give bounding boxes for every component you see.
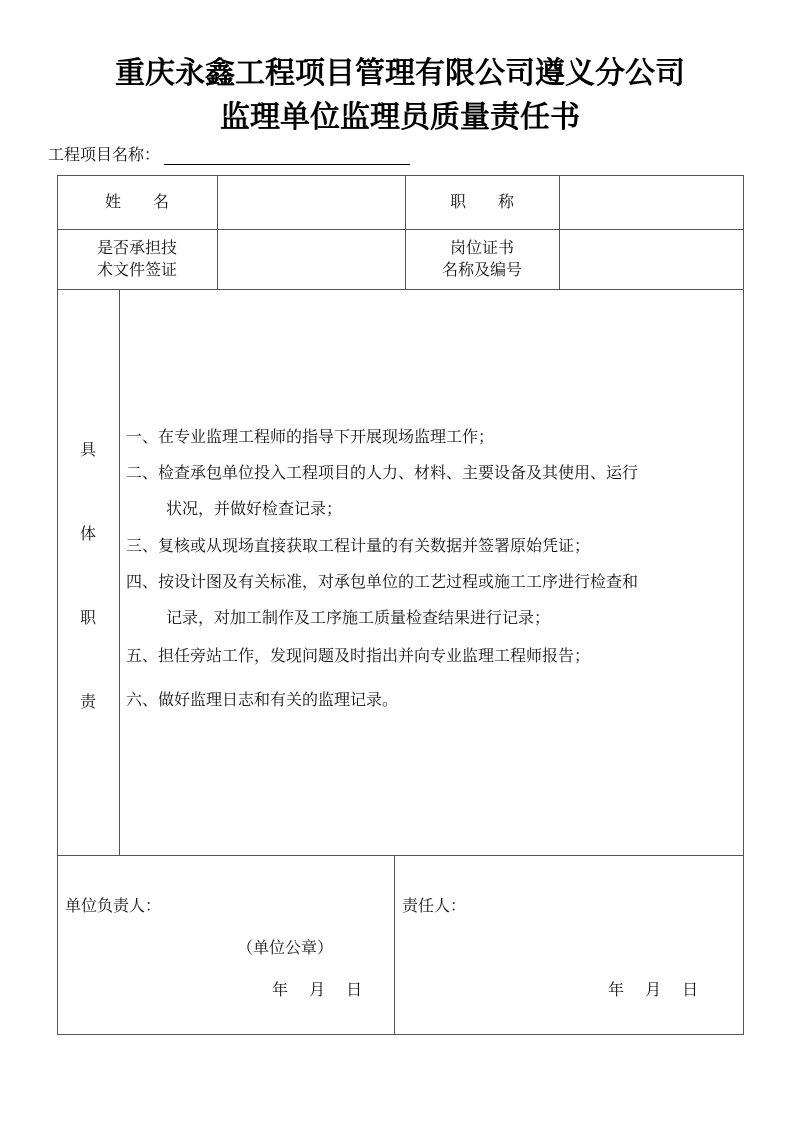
- certificate-label-line1: 岗位证书: [450, 237, 514, 259]
- row-divider: [57, 855, 744, 856]
- duties-label-char: 职: [57, 605, 119, 628]
- duty-item: 五、担任旁站工作，发现问题及时指出并向专业监理工程师报告；: [126, 645, 590, 667]
- duty-item-continuation: 记录，对加工制作及工序施工质量检查结果进行记录；: [166, 607, 550, 629]
- responsible-person-date[interactable]: 年 月 日: [608, 977, 698, 1000]
- tech-doc-sign-field[interactable]: [218, 229, 405, 289]
- duty-item: 三、复核或从现场直接获取工程计量的有关数据并签署原始凭证；: [126, 535, 590, 557]
- document-title-line2: 监理单位监理员质量责任书: [0, 92, 800, 136]
- unit-date[interactable]: 年 月 日: [272, 977, 362, 1000]
- tech-doc-sign-label: 是否承担技 术文件签证: [57, 229, 217, 289]
- project-name-row: 工程项目名称：: [48, 142, 410, 165]
- duty-item: 六、做好监理日志和有关的监理记录。: [126, 689, 398, 711]
- certificate-field[interactable]: [560, 229, 744, 289]
- certificate-label: 岗位证书 名称及编号: [405, 229, 559, 289]
- tech-doc-sign-label-line2: 术文件签证: [97, 259, 177, 281]
- unit-leader-label: 单位负责人：: [65, 893, 161, 916]
- job-title-field[interactable]: [560, 175, 744, 229]
- job-title-label: 职 称: [405, 175, 559, 229]
- responsible-person-label: 责任人：: [402, 893, 466, 916]
- name-label: 姓 名: [57, 175, 217, 229]
- column-divider: [394, 855, 395, 1035]
- duties-label-char: 体: [57, 521, 119, 544]
- row-divider: [57, 289, 744, 290]
- document-title-line1: 重庆永鑫工程项目管理有限公司遵义分公司: [0, 48, 800, 92]
- certificate-label-line2: 名称及编号: [442, 259, 522, 281]
- name-field[interactable]: [218, 175, 405, 229]
- duties-label-char: 责: [57, 689, 119, 712]
- duties-label-char: 具: [57, 437, 119, 460]
- project-name-label: 工程项目名称：: [48, 142, 160, 165]
- duty-item: 二、检查承包单位投入工程项目的人力、材料、主要设备及其使用、运行: [126, 462, 638, 484]
- tech-doc-sign-label-line1: 是否承担技: [97, 237, 177, 259]
- duty-item: 四、按设计图及有关标准，对承包单位的工艺过程或施工工序进行检查和: [126, 571, 638, 593]
- project-name-field[interactable]: [164, 146, 410, 165]
- column-divider: [119, 289, 120, 855]
- duty-item-continuation: 状况，并做好检查记录；: [166, 498, 342, 520]
- unit-seal-label: （单位公章）: [237, 935, 333, 958]
- duty-item: 一、在专业监理工程师的指导下开展现场监理工作；: [126, 426, 494, 448]
